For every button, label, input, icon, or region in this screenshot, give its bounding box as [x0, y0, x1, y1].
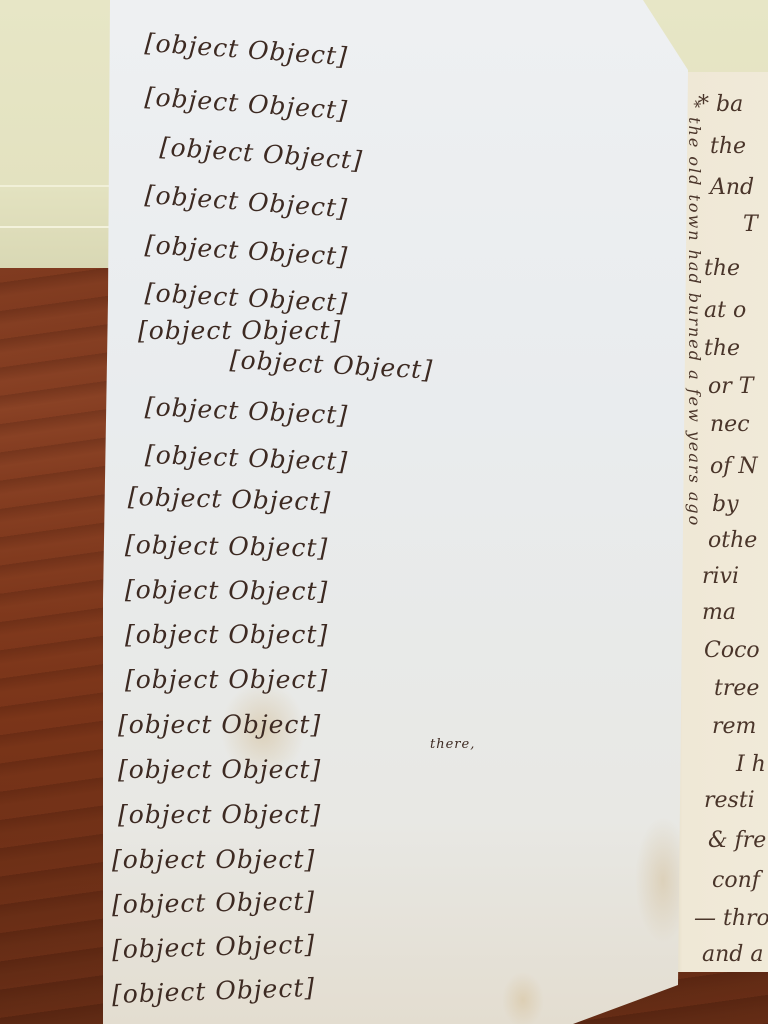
- text-line: [object Object]: [118, 755, 321, 784]
- facing-page-line: I h: [736, 752, 766, 777]
- facing-page-line: or T: [708, 374, 753, 399]
- facing-page-line: the: [704, 336, 740, 361]
- text-line: [object Object]: [125, 665, 328, 694]
- folder-crease: [0, 226, 110, 228]
- facing-page-line: the: [704, 256, 740, 281]
- facing-page-line: and a: [702, 942, 763, 967]
- text-line: [object Object]: [125, 620, 328, 649]
- facing-page-line: Coco: [704, 638, 760, 663]
- text-line: [object Object]: [112, 845, 315, 874]
- facing-page-line: T: [743, 212, 758, 237]
- facing-page-line: rivi: [702, 564, 739, 589]
- facing-page-line: And: [710, 175, 754, 200]
- entry-date: [object Object]: [138, 316, 341, 345]
- text-line: [object Object]: [118, 710, 321, 739]
- text-line: [object Object]: [112, 930, 316, 964]
- facing-page-line: — thro: [694, 906, 768, 931]
- folder-crease: [0, 185, 110, 187]
- facing-page-line: rem: [712, 714, 756, 739]
- facing-page-line: nec: [710, 412, 750, 437]
- facing-page-line: conf: [712, 868, 760, 893]
- facing-page-line: othe: [708, 528, 757, 553]
- facing-page-line: tree: [714, 676, 759, 701]
- text-line: [object Object]: [112, 886, 316, 919]
- facing-page-line: & fre: [708, 828, 766, 853]
- text-line: [object Object]: [125, 575, 328, 606]
- margin-note: * the old town had burned a few years ag…: [685, 100, 704, 527]
- interlinear-insert: there,: [430, 737, 475, 752]
- facing-page-line: resti: [704, 788, 755, 813]
- text-line: [object Object]: [118, 800, 321, 829]
- facing-page-line: by: [712, 492, 739, 517]
- text-line: [object Object]: [125, 530, 329, 563]
- facing-page-line: the: [710, 134, 746, 159]
- text-line: [object Object]: [128, 482, 332, 516]
- facing-page-line: ma: [702, 600, 736, 625]
- facing-page-line: at o: [704, 298, 746, 323]
- facing-page-line: of N: [710, 454, 758, 479]
- facing-page-line: * ba: [698, 92, 743, 117]
